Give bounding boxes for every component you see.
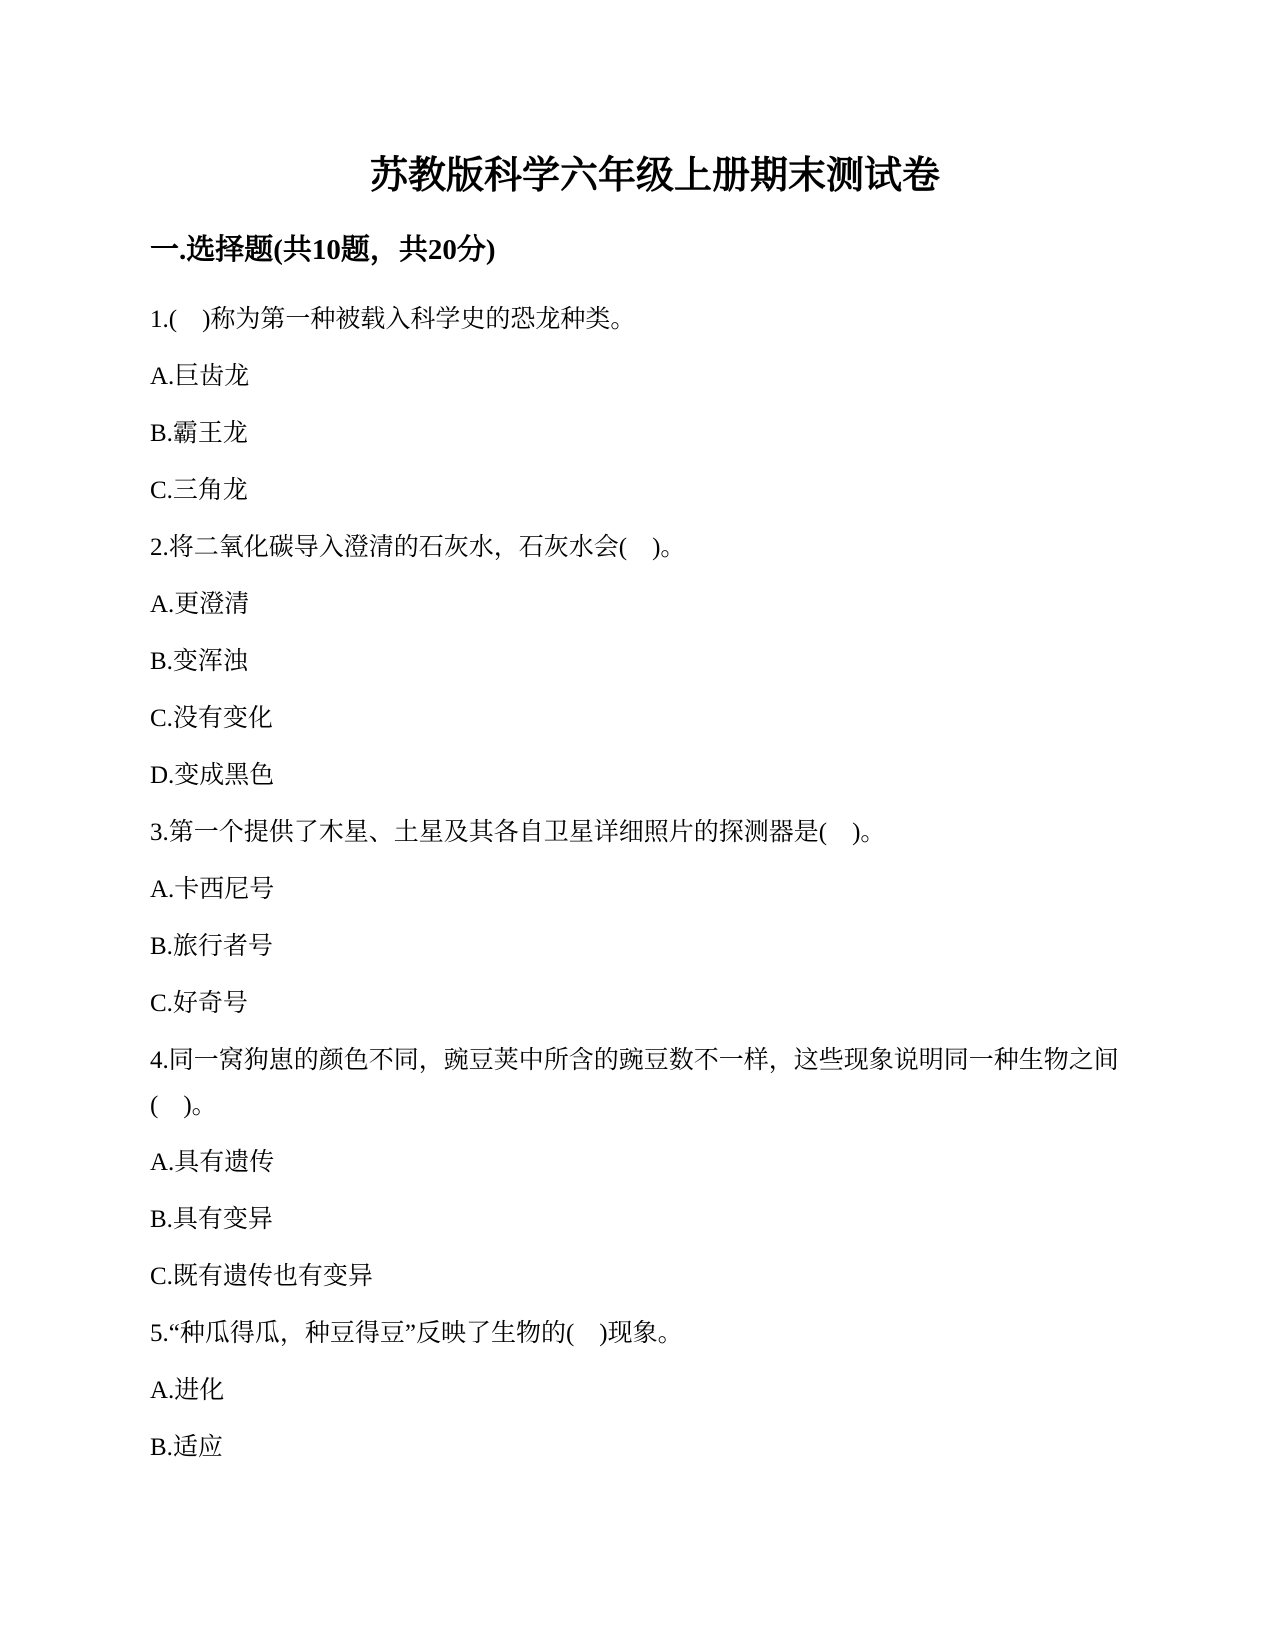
question-5-option-b: B.适应 [150,1425,1160,1470]
question-3-option-c: C.好奇号 [150,981,1160,1026]
question-4-option-a: A.具有遗传 [150,1140,1160,1185]
question-1-option-c: C.三角龙 [150,468,1160,513]
question-2-text: 2.将二氧化碳导入澄清的石灰水，石灰水会( )。 [150,525,1160,570]
section-heading: 一.选择题(共10题，共20分) [150,228,1160,273]
question-2-option-c: C.没有变化 [150,696,1160,741]
question-4-text: 4.同一窝狗崽的颜色不同，豌豆荚中所含的豌豆数不一样，这些现象说明同一种生物之间… [150,1038,1160,1128]
question-2-option-d: D.变成黑色 [150,753,1160,798]
question-1-text: 1.( )称为第一种被载入科学史的恐龙种类。 [150,297,1160,342]
question-3-option-a: A.卡西尼号 [150,867,1160,912]
question-1-option-a: A.巨齿龙 [150,354,1160,399]
question-2-option-a: A.更澄清 [150,582,1160,627]
question-5-text: 5.“种瓜得瓜，种豆得豆”反映了生物的( )现象。 [150,1311,1160,1356]
exam-page: 苏教版科学六年级上册期末测试卷 一.选择题(共10题，共20分) 1.( )称为… [0,0,1275,1650]
question-5-option-a: A.进化 [150,1368,1160,1413]
document-title: 苏教版科学六年级上册期末测试卷 [150,148,1160,204]
question-1-option-b: B.霸王龙 [150,411,1160,456]
question-2-option-b: B.变浑浊 [150,639,1160,684]
question-4-option-b: B.具有变异 [150,1197,1160,1242]
question-3-text: 3.第一个提供了木星、土星及其各自卫星详细照片的探测器是( )。 [150,810,1160,855]
question-3-option-b: B.旅行者号 [150,924,1160,969]
question-4-option-c: C.既有遗传也有变异 [150,1254,1160,1299]
